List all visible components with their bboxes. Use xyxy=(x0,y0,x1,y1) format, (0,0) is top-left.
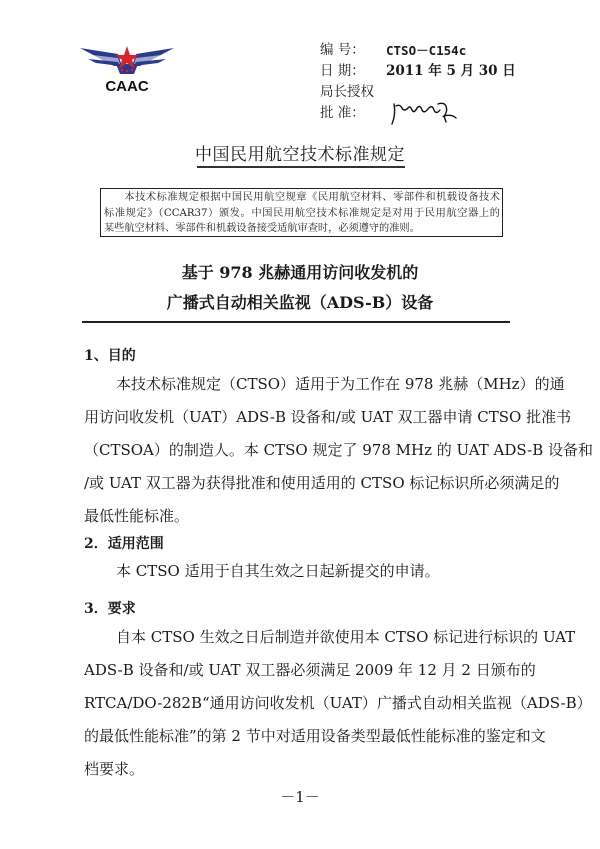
caac-logo: CAAC xyxy=(78,40,176,100)
paragraph-line: 最低性能标准。 xyxy=(84,500,516,533)
paragraph-line: 本 CTSO 适用于自其生效之日起新提交的申请。 xyxy=(84,555,516,588)
paragraph-line: 用访问收发机（UAT）ADS-B 设备和/或 UAT 双工器申请 CTSO 批准… xyxy=(84,401,516,434)
section-heading-purpose: 1、目的 xyxy=(84,345,136,365)
caac-wings-star-icon xyxy=(78,40,176,80)
document-title-line-1: 基于 978 兆赫通用访问收发机的 xyxy=(0,260,600,283)
paragraph-line: ADS-B 设备和/或 UAT 双工器必须满足 2009 年 12 月 2 日颁… xyxy=(84,654,516,687)
notice-line-2: 标准规定》（CCAR37）颁发。中国民用航空技术标准规定是对用于民用航空器上的 xyxy=(104,206,500,222)
paragraph-line: 自本 CTSO 生效之日后制造并欲使用本 CTSO 标记进行标识的 UAT xyxy=(84,621,516,654)
section-heading-scope: 2．适用范围 xyxy=(84,533,164,553)
document-meta: 编 号： CTSO－C154c 日 期： 2011 年 5 月 30 日 局长授… xyxy=(320,40,516,124)
category-title: 中国民用航空技术标准规定 xyxy=(0,140,600,165)
caac-logo-text: CAAC xyxy=(78,78,176,95)
section-heading-requirements: 3．要求 xyxy=(84,598,136,618)
paragraph-line: /或 UAT 双工器为获得批准和使用适用的 CTSO 标记标识所必须满足的 xyxy=(84,467,516,500)
approval-signature xyxy=(386,100,466,124)
section-requirements-body: 自本 CTSO 生效之日后制造并欲使用本 CTSO 标记进行标识的 UAT AD… xyxy=(84,621,516,786)
section-scope-body: 本 CTSO 适用于自其生效之日起新提交的申请。 xyxy=(84,555,516,588)
authorization-label: 局长授权 xyxy=(320,82,386,103)
paragraph-line: （CTSOA）的制造人。本 CTSO 规定了 978 MHz 的 UAT ADS… xyxy=(84,434,516,467)
paragraph-line: 档要求。 xyxy=(84,753,516,786)
notice-line-1: 本技术标准规定根据中国民用航空规章《民用航空材料、零部件和机载设备技术 xyxy=(104,190,500,206)
paragraph-line: 的最低性能标准”的第 2 节中对适用设备类型最低性能标准的鉴定和文 xyxy=(84,720,516,753)
number-label: 编 号： xyxy=(320,40,386,61)
date-label: 日 期： xyxy=(320,61,386,82)
document-title-line-2: 广播式自动相关监视（ADS-B）设备 xyxy=(0,290,600,313)
section-purpose-body: 本技术标准规定（CTSO）适用于为工作在 978 兆赫（MHz）的通 用访问收发… xyxy=(84,368,516,533)
meta-date-row: 日 期： 2011 年 5 月 30 日 xyxy=(320,61,516,82)
number-value: CTSO－C154c xyxy=(386,40,466,61)
notice-line-3: 某些航空材料、零部件和机载设备接受适航审查时，必须遵守的准则。 xyxy=(104,221,500,237)
paragraph-line: RTCA/DO-282B“通用访问收发机（UAT）广播式自动相关监视（ADS-B… xyxy=(84,687,516,720)
page-number: －1－ xyxy=(0,786,600,807)
approval-label: 批 准： xyxy=(320,103,386,124)
meta-number-row: 编 号： CTSO－C154c xyxy=(320,40,516,61)
title-rule xyxy=(82,321,510,323)
paragraph-line: 本技术标准规定（CTSO）适用于为工作在 978 兆赫（MHz）的通 xyxy=(84,368,516,401)
notice-box: 本技术标准规定根据中国民用航空规章《民用航空材料、零部件和机载设备技术 标准规定… xyxy=(100,188,503,237)
date-value: 2011 年 5 月 30 日 xyxy=(386,61,516,82)
category-title-underline xyxy=(197,166,405,168)
handwritten-signature-icon xyxy=(386,100,466,126)
meta-approval-row: 批 准： xyxy=(320,103,516,124)
